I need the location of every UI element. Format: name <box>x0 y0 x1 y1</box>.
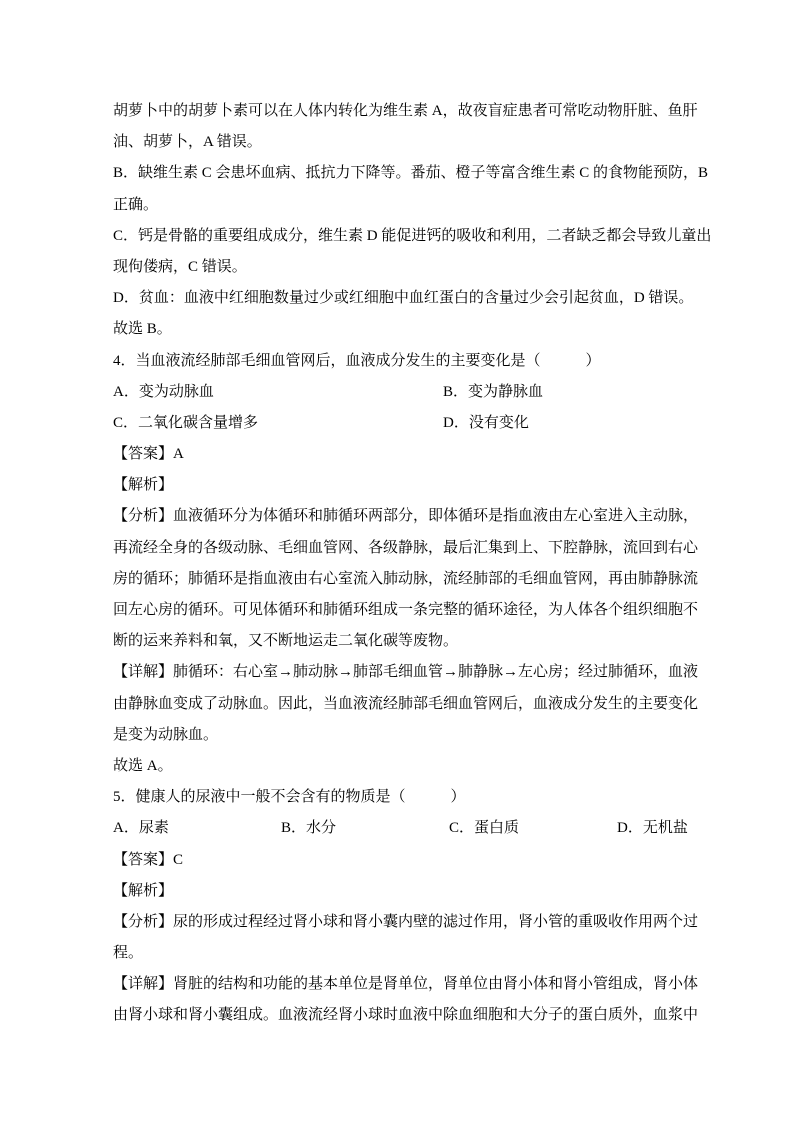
q5-jiexi-label: 【解析】 <box>113 876 681 907</box>
q4-option-c: C．二氧化碳含量增多 <box>113 408 443 439</box>
q5-xiangjie-line2: 由肾小球和肾小囊组成。血液流经肾小球时血液中除血细胞和大分子的蛋白质外，血浆中 <box>113 1000 681 1031</box>
document-page: 胡萝卜中的胡萝卜素可以在人体内转化为维生素 A，故夜盲症患者可常吃动物肝脏、鱼肝… <box>0 0 794 1123</box>
q4-options-row1: A．变为动脉血B．变为静脉血 <box>113 377 681 408</box>
q5-options-row: A．尿素B．水分C．蛋白质D．无机盐 <box>113 813 681 844</box>
q5-option-a: A．尿素 <box>113 813 281 844</box>
q5-fenxi-line1: 【分析】尿的形成过程经过肾小球和肾小囊内壁的滤过作用，肾小管的重吸收作用两个过 <box>113 907 681 938</box>
q4-option-b: B．变为静脉血 <box>443 377 543 408</box>
q5-xiangjie-line1: 【详解】肾脏的结构和功能的基本单位是肾单位，肾单位由肾小体和肾小管组成，肾小体 <box>113 969 681 1000</box>
q4-stem: 4．当血液流经肺部毛细血管网后，血液成分发生的主要变化是（ ） <box>113 346 681 377</box>
q3-explain-c-line1: C．钙是骨骼的重要组成成分，维生素 D 能促进钙的吸收和利用，二者缺乏都会导致儿… <box>113 221 681 252</box>
q3-explain-b-line1: B．缺维生素 C 会患坏血病、抵抗力下降等。番茄、橙子等富含维生素 C 的食物能… <box>113 158 681 189</box>
q3-explain-b-line2: 正确。 <box>113 190 681 221</box>
q3-conclusion: 故选 B。 <box>113 314 681 345</box>
q4-option-d: D．没有变化 <box>443 408 529 439</box>
q3-explain-d: D．贫血：血液中红细胞数量过少或红细胞中血红蛋白的含量过少会引起贫血，D 错误。 <box>113 283 681 314</box>
q4-answer: 【答案】A <box>113 439 681 470</box>
q4-xiangjie-line1: 【详解】肺循环：右心室→肺动脉→肺部毛细血管→肺静脉→左心房；经过肺循环，血液 <box>113 657 681 688</box>
q3-explain-a-line2: 油、胡萝卜，A 错误。 <box>113 127 681 158</box>
q5-stem: 5．健康人的尿液中一般不会含有的物质是（ ） <box>113 782 681 813</box>
q4-xiangjie-line3: 是变为动脉血。 <box>113 720 681 751</box>
q4-fenxi-line4: 回左心房的循环。可见体循环和肺循环组成一条完整的循环途径，为人体各个组织细胞不 <box>113 595 681 626</box>
q4-fenxi-line2: 再流经全身的各级动脉、毛细血管网、各级静脉，最后汇集到上、下腔静脉，流回到右心 <box>113 533 681 564</box>
q4-fenxi-line3: 房的循环；肺循环是指血液由右心室流入肺动脉，流经肺部的毛细血管网，再由肺静脉流 <box>113 564 681 595</box>
q4-jiexi-label: 【解析】 <box>113 470 681 501</box>
q5-option-d: D．无机盐 <box>617 813 688 844</box>
q4-fenxi-line5: 断的运来养料和氧，又不断地运走二氧化碳等废物。 <box>113 626 681 657</box>
q4-option-a: A．变为动脉血 <box>113 377 443 408</box>
document-content: 胡萝卜中的胡萝卜素可以在人体内转化为维生素 A，故夜盲症患者可常吃动物肝脏、鱼肝… <box>113 96 681 1032</box>
q5-answer: 【答案】C <box>113 845 681 876</box>
q3-explain-a-line1: 胡萝卜中的胡萝卜素可以在人体内转化为维生素 A，故夜盲症患者可常吃动物肝脏、鱼肝 <box>113 96 681 127</box>
q3-explain-c-line2: 现佝偻病，C 错误。 <box>113 252 681 283</box>
q5-option-b: B．水分 <box>281 813 449 844</box>
q4-options-row2: C．二氧化碳含量增多D．没有变化 <box>113 408 681 439</box>
q4-xiangjie-line2: 由静脉血变成了动脉血。因此，当血液流经肺部毛细血管网后，血液成分发生的主要变化 <box>113 689 681 720</box>
q5-option-c: C．蛋白质 <box>449 813 617 844</box>
q5-fenxi-line2: 程。 <box>113 938 681 969</box>
q4-fenxi-line1: 【分析】血液循环分为体循环和肺循环两部分，即体循环是指血液由左心室进入主动脉， <box>113 501 681 532</box>
q4-conclusion: 故选 A。 <box>113 751 681 782</box>
